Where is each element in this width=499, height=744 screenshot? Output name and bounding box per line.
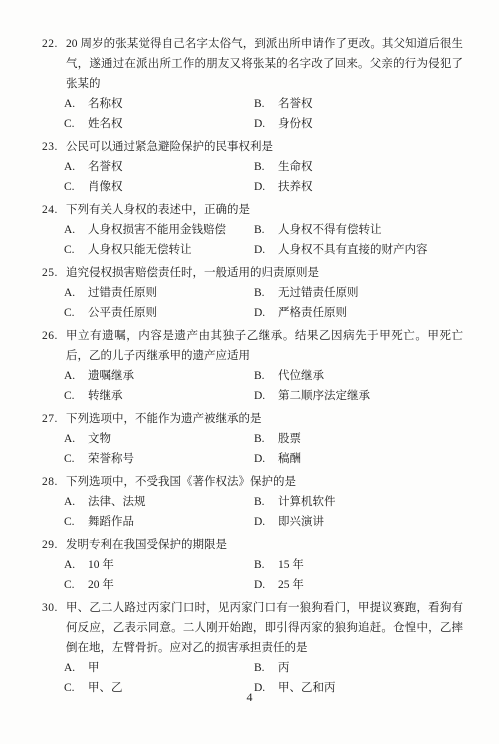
option-item: B. 人身权不得有偿转让	[254, 220, 463, 240]
question-head: 25. 追究侵权损害赔偿责任时，一般适用的归责原则是	[42, 263, 463, 283]
question-text: 甲、乙二人路过丙家门口时，见丙家门口有一狼狗看门，甲提议赛跑，看狗有何反应，乙表…	[66, 598, 463, 658]
option-label: D.	[254, 575, 278, 595]
option-item: A. 文物	[64, 429, 254, 449]
option-list: A. 过错责任原则 B. 无过错责任原则 C. 公平责任原则 D. 严格责任原则	[64, 283, 463, 323]
question-block: 29. 发明专利在我国受保护的期限是 A. 10 年 B. 15 年 C. 20…	[42, 535, 463, 595]
option-item: B. 名誉权	[254, 94, 463, 114]
option-text: 身份权	[278, 114, 463, 134]
question-number: 30.	[42, 598, 66, 618]
option-label: D.	[254, 240, 278, 260]
option-item: C. 转继承	[64, 386, 254, 406]
option-label: A.	[64, 94, 88, 114]
option-label: C.	[64, 575, 88, 595]
option-item: A. 甲	[64, 658, 254, 678]
option-item: C. 人身权只能无偿转让	[64, 240, 254, 260]
question-text: 发明专利在我国受保护的期限是	[66, 535, 463, 555]
question-block: 26. 甲立有遗嘱，内容是遗产由其独子乙继承。结果乙因病先于甲死亡。甲死亡后，乙…	[42, 326, 463, 406]
option-text: 10 年	[88, 555, 254, 575]
option-text: 无过错责任原则	[278, 283, 463, 303]
question-text: 公民可以通过紧急避险保护的民事权利是	[66, 137, 463, 157]
option-list: A. 人身权损害不能用金钱赔偿 B. 人身权不得有偿转让 C. 人身权只能无偿转…	[64, 220, 463, 260]
option-list: A. 名誉权 B. 生命权 C. 肖像权 D. 扶养权	[64, 157, 463, 197]
option-label: C.	[64, 449, 88, 469]
option-text: 代位继承	[278, 366, 463, 386]
option-text: 15 年	[278, 555, 463, 575]
option-label: A.	[64, 220, 88, 240]
option-text: 过错责任原则	[88, 283, 254, 303]
question-head: 28. 下列选项中，不受我国《著作权法》保护的是	[42, 472, 463, 492]
option-text: 公平责任原则	[88, 303, 254, 323]
option-label: B.	[254, 429, 278, 449]
option-label: B.	[254, 220, 278, 240]
option-text: 名誉权	[88, 157, 254, 177]
option-item: D. 第二顺序法定继承	[254, 386, 463, 406]
question-block: 27. 下列选项中，不能作为遗产被继承的是 A. 文物 B. 股票 C. 荣誉称…	[42, 409, 463, 469]
question-head: 23. 公民可以通过紧急避险保护的民事权利是	[42, 137, 463, 157]
question-text: 下列选项中，不受我国《著作权法》保护的是	[66, 472, 463, 492]
question-number: 25.	[42, 263, 66, 283]
option-item: C. 姓名权	[64, 114, 254, 134]
option-text: 荣誉称号	[88, 449, 254, 469]
question-block: 24. 下列有关人身权的表述中，正确的是 A. 人身权损害不能用金钱赔偿 B. …	[42, 200, 463, 260]
question-number: 23.	[42, 137, 66, 157]
option-text: 第二顺序法定继承	[278, 386, 463, 406]
question-number: 28.	[42, 472, 66, 492]
option-text: 姓名权	[88, 114, 254, 134]
option-text: 25 年	[278, 575, 463, 595]
option-text: 丙	[278, 658, 463, 678]
option-list: A. 名称权 B. 名誉权 C. 姓名权 D. 身份权	[64, 94, 463, 134]
question-number: 26.	[42, 326, 66, 346]
option-item: B. 代位继承	[254, 366, 463, 386]
option-label: B.	[254, 157, 278, 177]
question-head: 22. 20 周岁的张某觉得自己名字太俗气，到派出所申请作了更改。其父知道后很生…	[42, 34, 463, 94]
option-text: 生命权	[278, 157, 463, 177]
option-item: B. 股票	[254, 429, 463, 449]
option-item: C. 公平责任原则	[64, 303, 254, 323]
question-block: 22. 20 周岁的张某觉得自己名字太俗气，到派出所申请作了更改。其父知道后很生…	[42, 34, 463, 134]
option-label: D.	[254, 177, 278, 197]
option-label: B.	[254, 555, 278, 575]
option-text: 扶养权	[278, 177, 463, 197]
option-label: B.	[254, 366, 278, 386]
option-label: D.	[254, 449, 278, 469]
question-number: 24.	[42, 200, 66, 220]
option-text: 即兴演讲	[278, 512, 463, 532]
question-block: 25. 追究侵权损害赔偿责任时，一般适用的归责原则是 A. 过错责任原则 B. …	[42, 263, 463, 323]
question-number: 22.	[42, 34, 66, 54]
option-list: A. 文物 B. 股票 C. 荣誉称号 D. 稿酬	[64, 429, 463, 469]
option-label: A.	[64, 492, 88, 512]
option-text: 人身权不得有偿转让	[278, 220, 463, 240]
option-item: C. 荣誉称号	[64, 449, 254, 469]
option-label: D.	[254, 386, 278, 406]
option-item: D. 人身权不具有直接的财产内容	[254, 240, 463, 260]
option-label: A.	[64, 429, 88, 449]
option-text: 肖像权	[88, 177, 254, 197]
option-label: A.	[64, 555, 88, 575]
question-text: 下列选项中，不能作为遗产被继承的是	[66, 409, 463, 429]
option-label: A.	[64, 283, 88, 303]
option-list: A. 法律、法规 B. 计算机软件 C. 舞蹈作品 D. 即兴演讲	[64, 492, 463, 532]
question-text: 20 周岁的张某觉得自己名字太俗气，到派出所申请作了更改。其父知道后很生气，遂通…	[66, 34, 463, 94]
option-item: A. 人身权损害不能用金钱赔偿	[64, 220, 254, 240]
option-text: 文物	[88, 429, 254, 449]
option-text: 计算机软件	[278, 492, 463, 512]
option-item: A. 法律、法规	[64, 492, 254, 512]
option-item: D. 严格责任原则	[254, 303, 463, 323]
option-text: 名称权	[88, 94, 254, 114]
page-number: 4	[0, 690, 499, 705]
option-item: C. 肖像权	[64, 177, 254, 197]
question-text: 下列有关人身权的表述中，正确的是	[66, 200, 463, 220]
option-text: 股票	[278, 429, 463, 449]
option-list: A. 遗嘱继承 B. 代位继承 C. 转继承 D. 第二顺序法定继承	[64, 366, 463, 406]
option-text: 名誉权	[278, 94, 463, 114]
question-head: 27. 下列选项中，不能作为遗产被继承的是	[42, 409, 463, 429]
exam-page: 22. 20 周岁的张某觉得自己名字太俗气，到派出所申请作了更改。其父知道后很生…	[0, 0, 499, 744]
option-item: D. 稿酬	[254, 449, 463, 469]
option-text: 人身权损害不能用金钱赔偿	[88, 220, 254, 240]
option-label: D.	[254, 114, 278, 134]
option-label: B.	[254, 94, 278, 114]
option-item: B. 丙	[254, 658, 463, 678]
question-number: 29.	[42, 535, 66, 555]
option-label: D.	[254, 512, 278, 532]
option-text: 法律、法规	[88, 492, 254, 512]
option-label: C.	[64, 177, 88, 197]
option-item: A. 名称权	[64, 94, 254, 114]
option-item: D. 25 年	[254, 575, 463, 595]
option-list: A. 10 年 B. 15 年 C. 20 年 D. 25 年	[64, 555, 463, 595]
option-text: 20 年	[88, 575, 254, 595]
option-text: 舞蹈作品	[88, 512, 254, 532]
option-text: 人身权只能无偿转让	[88, 240, 254, 260]
option-item: D. 扶养权	[254, 177, 463, 197]
option-label: A.	[64, 366, 88, 386]
option-label: A.	[64, 157, 88, 177]
option-item: A. 名誉权	[64, 157, 254, 177]
option-label: B.	[254, 492, 278, 512]
option-item: C. 20 年	[64, 575, 254, 595]
question-head: 24. 下列有关人身权的表述中，正确的是	[42, 200, 463, 220]
question-block: 28. 下列选项中，不受我国《著作权法》保护的是 A. 法律、法规 B. 计算机…	[42, 472, 463, 532]
option-label: C.	[64, 386, 88, 406]
question-list: 22. 20 周岁的张某觉得自己名字太俗气，到派出所申请作了更改。其父知道后很生…	[0, 0, 499, 698]
question-number: 27.	[42, 409, 66, 429]
option-label: D.	[254, 303, 278, 323]
option-item: A. 遗嘱继承	[64, 366, 254, 386]
option-item: D. 即兴演讲	[254, 512, 463, 532]
option-item: A. 10 年	[64, 555, 254, 575]
option-item: B. 无过错责任原则	[254, 283, 463, 303]
option-label: C.	[64, 114, 88, 134]
question-block: 23. 公民可以通过紧急避险保护的民事权利是 A. 名誉权 B. 生命权 C. …	[42, 137, 463, 197]
question-text: 追究侵权损害赔偿责任时，一般适用的归责原则是	[66, 263, 463, 283]
option-label: B.	[254, 283, 278, 303]
option-text: 甲	[88, 658, 254, 678]
option-text: 转继承	[88, 386, 254, 406]
option-label: C.	[64, 512, 88, 532]
option-label: B.	[254, 658, 278, 678]
question-text: 甲立有遗嘱，内容是遗产由其独子乙继承。结果乙因病先于甲死亡。甲死亡后，乙的儿子丙…	[66, 326, 463, 366]
option-text: 严格责任原则	[278, 303, 463, 323]
option-item: B. 15 年	[254, 555, 463, 575]
question-head: 26. 甲立有遗嘱，内容是遗产由其独子乙继承。结果乙因病先于甲死亡。甲死亡后，乙…	[42, 326, 463, 366]
question-head: 30. 甲、乙二人路过丙家门口时，见丙家门口有一狼狗看门，甲提议赛跑，看狗有何反…	[42, 598, 463, 658]
option-label: C.	[64, 303, 88, 323]
option-item: B. 生命权	[254, 157, 463, 177]
option-label: A.	[64, 658, 88, 678]
question-block: 30. 甲、乙二人路过丙家门口时，见丙家门口有一狼狗看门，甲提议赛跑，看狗有何反…	[42, 598, 463, 698]
option-item: B. 计算机软件	[254, 492, 463, 512]
option-text: 人身权不具有直接的财产内容	[278, 240, 463, 260]
option-text: 遗嘱继承	[88, 366, 254, 386]
option-label: C.	[64, 240, 88, 260]
option-item: C. 舞蹈作品	[64, 512, 254, 532]
question-head: 29. 发明专利在我国受保护的期限是	[42, 535, 463, 555]
option-item: D. 身份权	[254, 114, 463, 134]
option-text: 稿酬	[278, 449, 463, 469]
option-item: A. 过错责任原则	[64, 283, 254, 303]
